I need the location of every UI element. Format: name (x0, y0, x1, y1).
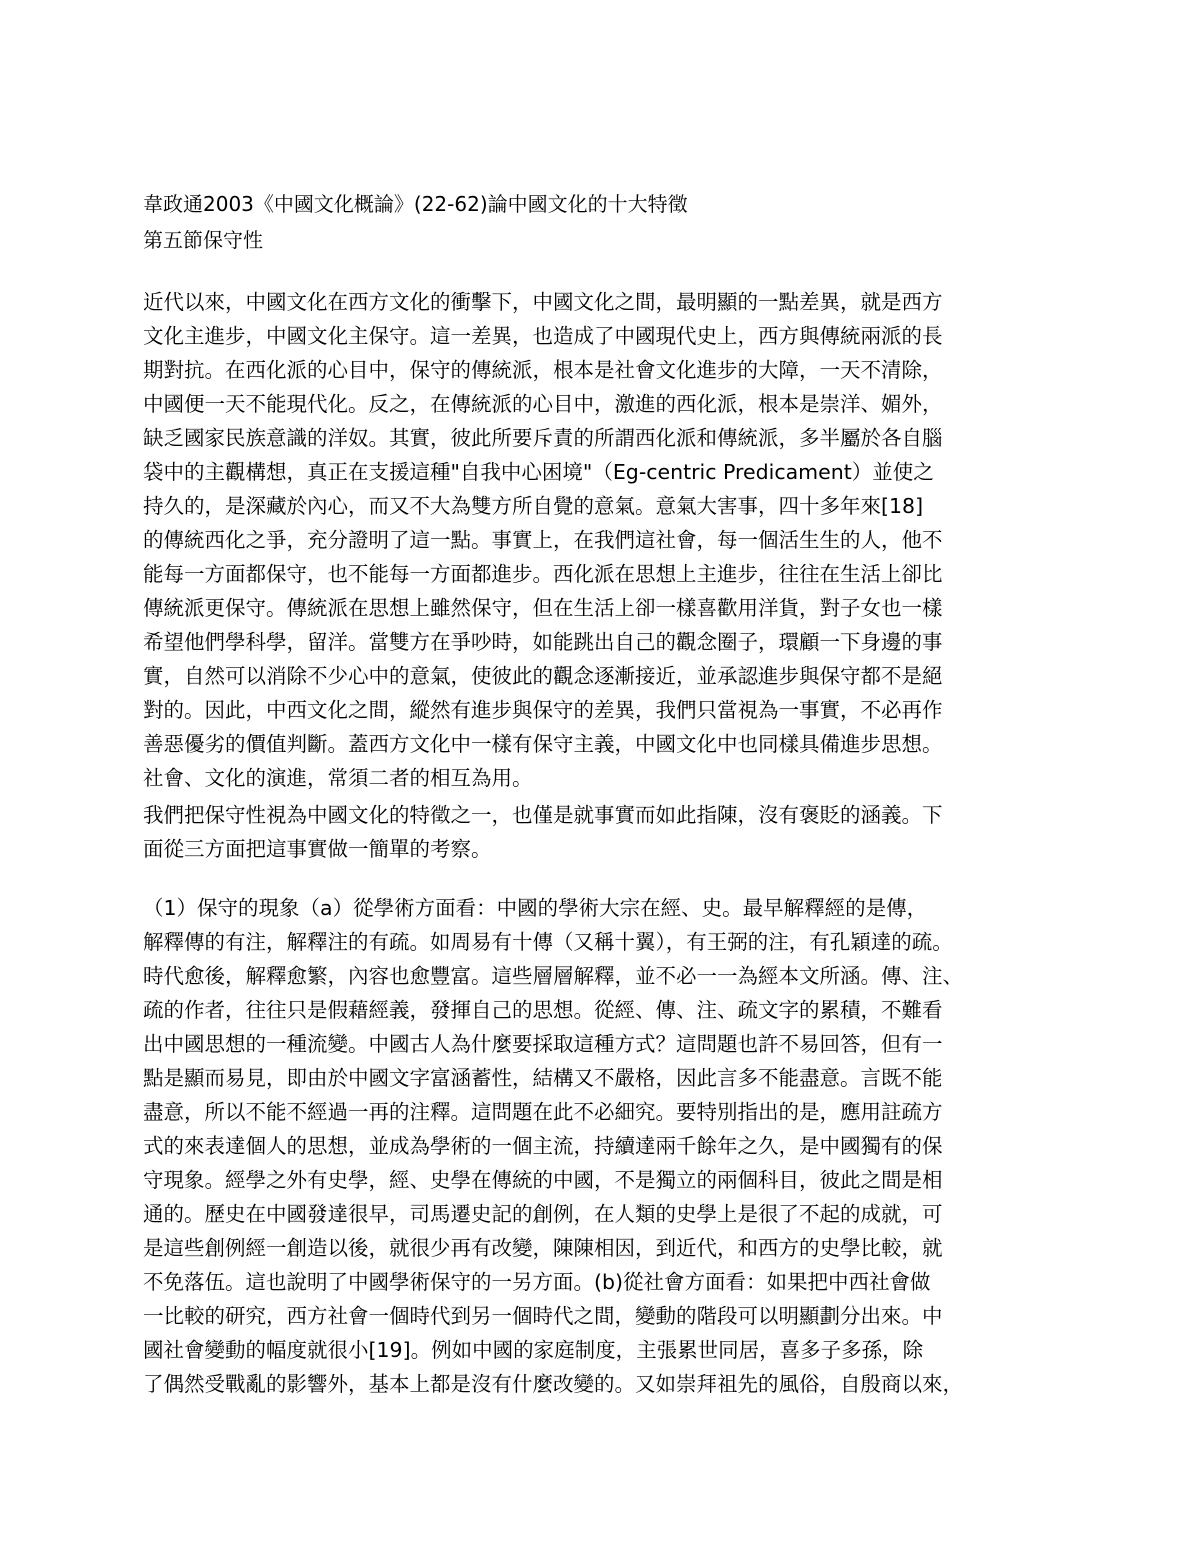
text-line: 一比較的研究，西方社會一個時代到另一個時代之間，變動的階段可以明顯劃分出來。中 (143, 1303, 943, 1329)
text-line: 不免落伍。這也說明了中國學術保守的一另方面。(b)從社會方面看：如果把中西社會做 (143, 1269, 931, 1295)
text-line: 傳統派更保守。傳統派在思想上雖然保守，但在生活上卻一樣喜歡用洋貨，對子女也一樣 (143, 595, 943, 621)
document-title: 韋政通2003《中國文化概論》(22-62)論中國文化的十大特徵 (143, 191, 688, 217)
text-line: 了偶然受戰亂的影響外，基本上都是沒有什麼改變的。又如崇拜祖先的風俗，自殷商以來， (143, 1371, 963, 1397)
text-line: 社會、文化的演進，常須二者的相互為用。 (143, 765, 533, 791)
text-line: 式的來表達個人的思想，並成為學術的一個主流，持續達兩千餘年之久，是中國獨有的保 (143, 1133, 943, 1159)
text-line: 能每一方面都保守，也不能每一方面都進步。西化派在思想上主進步，往往在生活上卻比 (143, 561, 943, 587)
text-line: 期對抗。在西化派的心目中，保守的傳統派，根本是社會文化進步的大障，一天不清除， (143, 357, 943, 383)
text-line: 出中國思想的一種流變。中國古人為什麼要採取這種方式？這問題也許不易回答，但有一 (143, 1031, 943, 1057)
document-page: 韋政通2003《中國文化概論》(22-62)論中國文化的十大特徵 第五節保守性 … (0, 0, 1200, 1553)
text-line: 袋中的主觀構想，真正在支援這種"自我中心困境"（Eg-centric Predi… (143, 459, 934, 485)
text-line: 解釋傳的有注，解釋注的有疏。如周易有十傳（又稱十翼），有王弼的注，有孔穎達的疏。 (143, 929, 953, 955)
text-line: 希望他們學科學，留洋。當雙方在爭吵時，如能跳出自己的觀念圈子，環顧一下身邊的事 (143, 629, 943, 655)
text-line: 我們把保守性視為中國文化的特徵之一，也僅是就事實而如此指陳，沒有褒貶的涵義。下 (143, 802, 943, 828)
text-line: 實，自然可以消除不少心中的意氣，使彼此的觀念逐漸接近，並承認進步與保守都不是絕 (143, 663, 943, 689)
text-line: 近代以來，中國文化在西方文化的衝擊下，中國文化之間，最明顯的一點差異，就是西方 (143, 289, 943, 315)
section-heading: 第五節保守性 (143, 227, 263, 253)
text-line: 文化主進步，中國文化主保守。這一差異，也造成了中國現代史上，西方與傳統兩派的長 (143, 323, 943, 349)
text-line: （1）保守的現象（a）從學術方面看：中國的學術大宗在經、史。最早解釋經的是傳， (143, 895, 927, 921)
text-line: 時代愈後，解釋愈繁，內容也愈豐富。這些層層解釋，並不必一一為經本文所涵。傳、注、 (143, 963, 963, 989)
text-line: 通的。歷史在中國發達很早，司馬遷史記的創例，在人類的史學上是很了不起的成就，可 (143, 1201, 943, 1227)
text-line: 中國便一天不能現代化。反之，在傳統派的心目中，激進的西化派，根本是崇洋、媚外， (143, 391, 943, 417)
text-line: 缺乏國家民族意識的洋奴。其實，彼此所要斥責的所謂西化派和傳統派，多半屬於各自腦 (143, 425, 943, 451)
text-line: 面從三方面把這事實做一簡單的考察。 (143, 836, 492, 862)
text-line: 疏的作者，往往只是假藉經義，發揮自己的思想。從經、傳、注、疏文字的累積，不難看 (143, 997, 943, 1023)
text-line: 盡意，所以不能不經過一再的注釋。這問題在此不必細究。要特別指出的是，應用註疏方 (143, 1099, 943, 1125)
text-line: 持久的，是深藏於內心，而又不大為雙方所自覺的意氣。意氣大害事，四十多年來[18] (143, 493, 923, 519)
text-line: 守現象。經學之外有史學，經、史學在傳統的中國，不是獨立的兩個科目，彼此之間是相 (143, 1167, 943, 1193)
text-line: 是這些創例經一創造以後，就很少再有改變，陳陳相因，到近代，和西方的史學比較，就 (143, 1235, 943, 1261)
text-line: 國社會變動的幅度就很小[19]。例如中國的家庭制度，主張累世同居，喜多子多孫，除 (143, 1337, 923, 1363)
text-line: 點是顯而易見，即由於中國文字富涵蓄性，結構又不嚴格，因此言多不能盡意。言既不能 (143, 1065, 943, 1091)
text-line: 對的。因此，中西文化之間，縱然有進步與保守的差異，我們只當視為一事實，不必再作 (143, 697, 943, 723)
text-line: 的傳統西化之爭，充分證明了這一點。事實上，在我們這社會，每一個活生生的人，他不 (143, 527, 943, 553)
text-line: 善惡優劣的價值判斷。蓋西方文化中一樣有保守主義，中國文化中也同樣具備進步思想。 (143, 731, 943, 757)
